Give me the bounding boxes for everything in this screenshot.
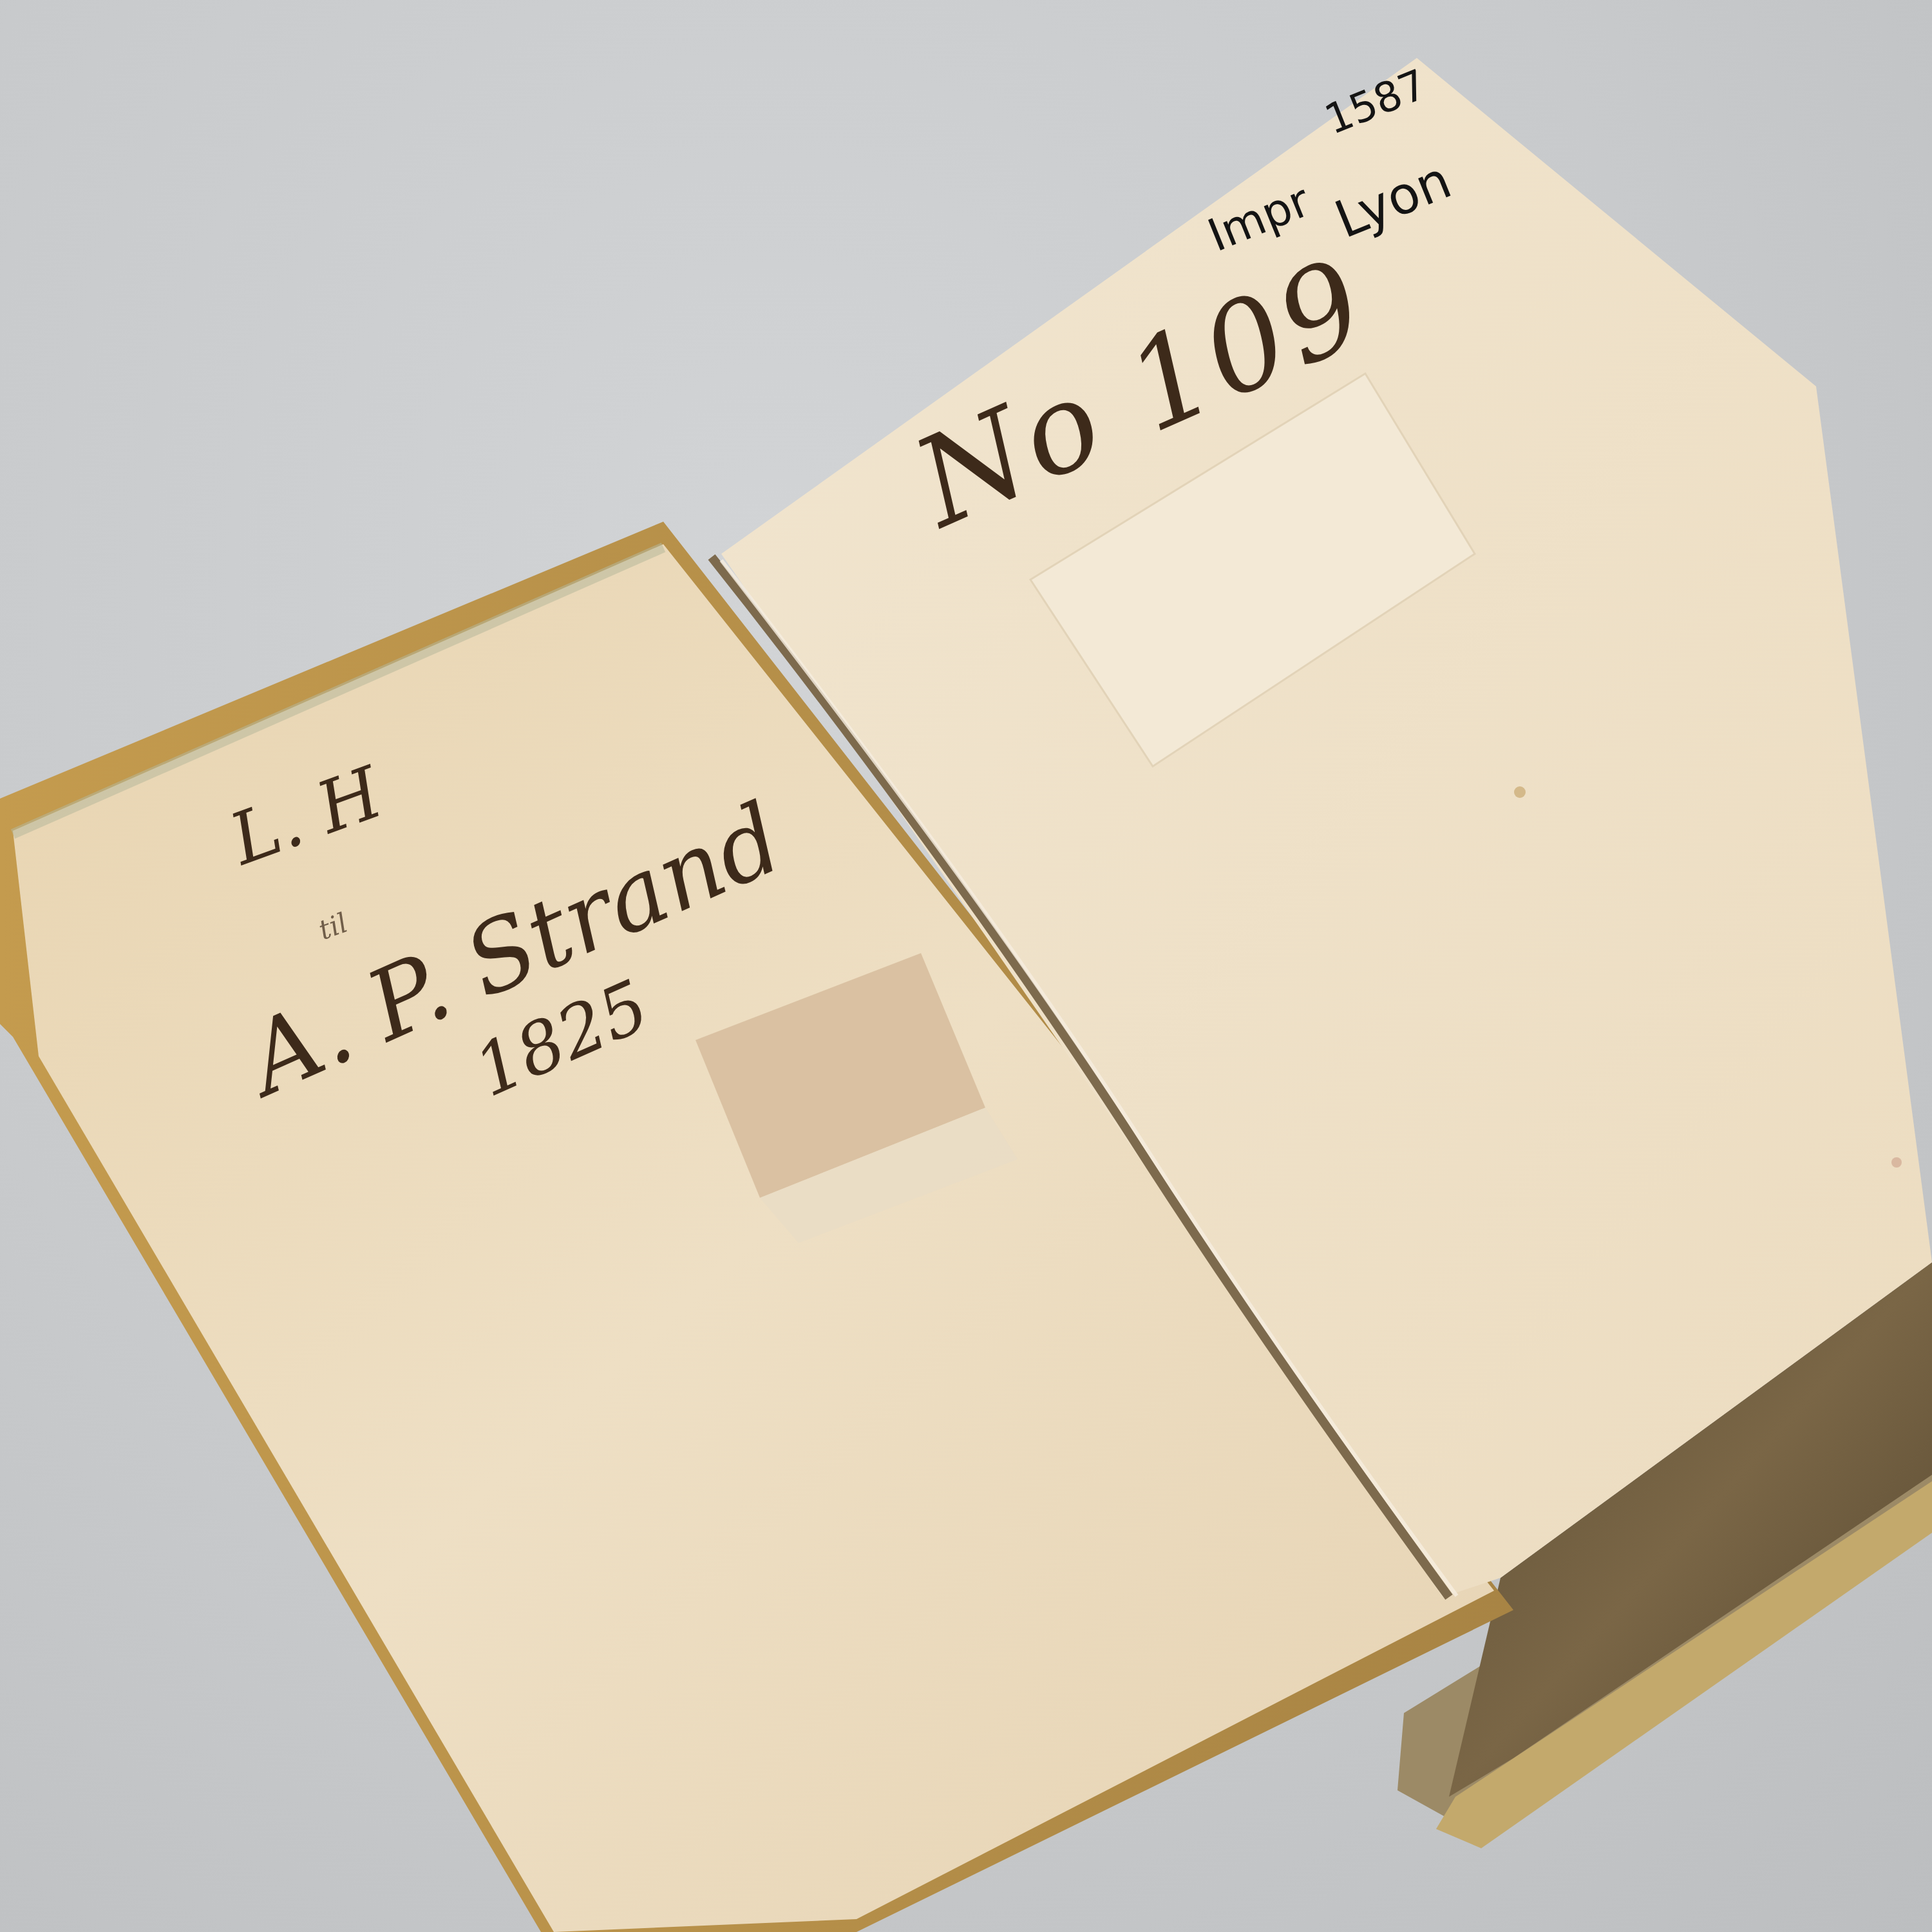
photo-scene: 1587 Impr Lyon No 109 L. H til A. P. Str… — [0, 0, 1932, 1932]
open-book-illustration — [0, 0, 1932, 1932]
